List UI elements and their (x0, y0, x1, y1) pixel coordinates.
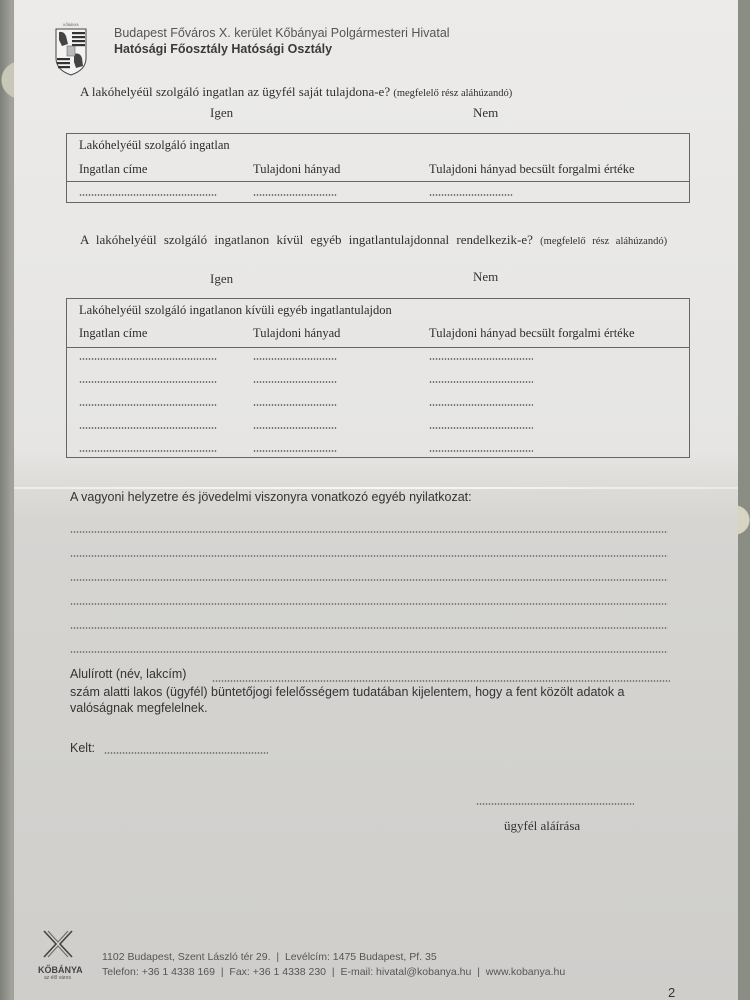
hint-underline: (megfelelő rész aláhúzandó) (393, 88, 512, 99)
table-title: Lakóhelyéül szolgáló ingatlanon kívüli e… (79, 303, 392, 318)
column-header-value: Tulajdoni hányad becsült forgalmi értéke (429, 326, 635, 341)
signature-field[interactable] (476, 803, 634, 805)
table-title: Lakóhelyéül szolgáló ingatlan (79, 138, 230, 153)
property-table: Lakóhelyéül szolgáló ingatlan Ingatlan c… (66, 133, 690, 203)
address-field[interactable] (79, 194, 217, 196)
column-header-share: Tulajdoni hányad (253, 162, 340, 177)
declaration-line-field[interactable] (70, 555, 668, 557)
page-number: 2 (668, 985, 675, 1000)
option-yes-2[interactable]: Igen (210, 271, 233, 287)
address-field[interactable] (79, 450, 217, 452)
footer-fax: Fax: +36 1 4338 230 (229, 966, 326, 978)
organization-name: Budapest Főváros X. kerület Kőbányai Pol… (114, 26, 450, 40)
other-property-table: Lakóhelyéül szolgáló ingatlanon kívüli e… (66, 298, 690, 458)
question-other-property: A lakóhelyéül szolgáló ingatlanon kívül … (80, 232, 692, 249)
option-no-1[interactable]: Nem (473, 105, 498, 121)
kobanya-logo-icon (40, 928, 76, 964)
column-header-share: Tulajdoni hányad (253, 326, 340, 341)
share-field[interactable] (253, 358, 337, 360)
declaration-line-field[interactable] (70, 627, 668, 629)
footer-website[interactable]: www.kobanya.hu (486, 966, 565, 978)
value-field[interactable] (429, 427, 533, 429)
footer-email[interactable]: hivatal@kobanya.hu (376, 966, 471, 978)
footer-email-label: E-mail: (340, 966, 373, 978)
address-field[interactable] (79, 427, 217, 429)
value-field[interactable] (429, 381, 533, 383)
share-field[interactable] (253, 450, 337, 452)
footer-mail-address: Levélcím: 1475 Budapest, Pf. 35 (285, 951, 437, 963)
column-header-value: Tulajdoni hányad becsült forgalmi értéke (429, 162, 635, 177)
declaration-line-field[interactable] (70, 531, 668, 533)
column-header-address: Ingatlan címe (79, 162, 147, 177)
date-label: Kelt: (70, 741, 95, 755)
option-yes-1[interactable]: Igen (210, 105, 233, 121)
logo-text: KŐBÁNYA (38, 965, 83, 975)
table-divider (67, 181, 689, 182)
paper-fold (14, 487, 738, 489)
question-own-property: A lakóhelyéül szolgáló ingatlan az ügyfé… (80, 84, 512, 100)
declaration-line-field[interactable] (70, 651, 668, 653)
date-field[interactable] (104, 752, 268, 754)
value-field[interactable] (429, 194, 513, 196)
value-field[interactable] (429, 404, 533, 406)
coat-of-arms-icon: KŐBÁNYA (54, 22, 88, 76)
department-name: Hatósági Főosztály Hatósági Osztály (114, 42, 332, 56)
value-field[interactable] (429, 358, 533, 360)
footer-contact-row: Telefon: +36 1 4338 169 | Fax: +36 1 433… (102, 966, 565, 978)
address-field[interactable] (79, 404, 217, 406)
other-declaration-label: A vagyoni helyzetre és jövedelmi viszony… (70, 490, 472, 504)
name-address-field[interactable] (212, 680, 670, 682)
declaration-text: szám alatti lakos (ügyfél) büntetőjogi f… (70, 684, 690, 716)
share-field[interactable] (253, 427, 337, 429)
share-field[interactable] (253, 404, 337, 406)
column-header-address: Ingatlan címe (79, 326, 147, 341)
footer-address: 1102 Budapest, Szent László tér 29. (102, 951, 271, 963)
name-address-label: Alulírott (név, lakcím) (70, 667, 186, 681)
table-divider (67, 347, 689, 348)
address-field[interactable] (79, 358, 217, 360)
footer-phone: Telefon: +36 1 4338 169 (102, 966, 215, 978)
hint-underline: (megfelelő rész aláhúzandó) (540, 236, 667, 247)
option-no-2[interactable]: Nem (473, 269, 498, 285)
share-field[interactable] (253, 381, 337, 383)
declaration-line-field[interactable] (70, 579, 668, 581)
svg-text:KŐBÁNYA: KŐBÁNYA (63, 22, 79, 27)
document-page: KŐBÁNYA Budapest Főváros X. kerület Kőbá… (14, 0, 738, 1000)
share-field[interactable] (253, 194, 337, 196)
footer-address-row: 1102 Budapest, Szent László tér 29. | Le… (102, 951, 437, 963)
signature-label: ügyfél aláírása (504, 818, 580, 834)
logo-subtext: az élő város (44, 975, 71, 981)
address-field[interactable] (79, 381, 217, 383)
declaration-line-field[interactable] (70, 603, 668, 605)
value-field[interactable] (429, 450, 533, 452)
